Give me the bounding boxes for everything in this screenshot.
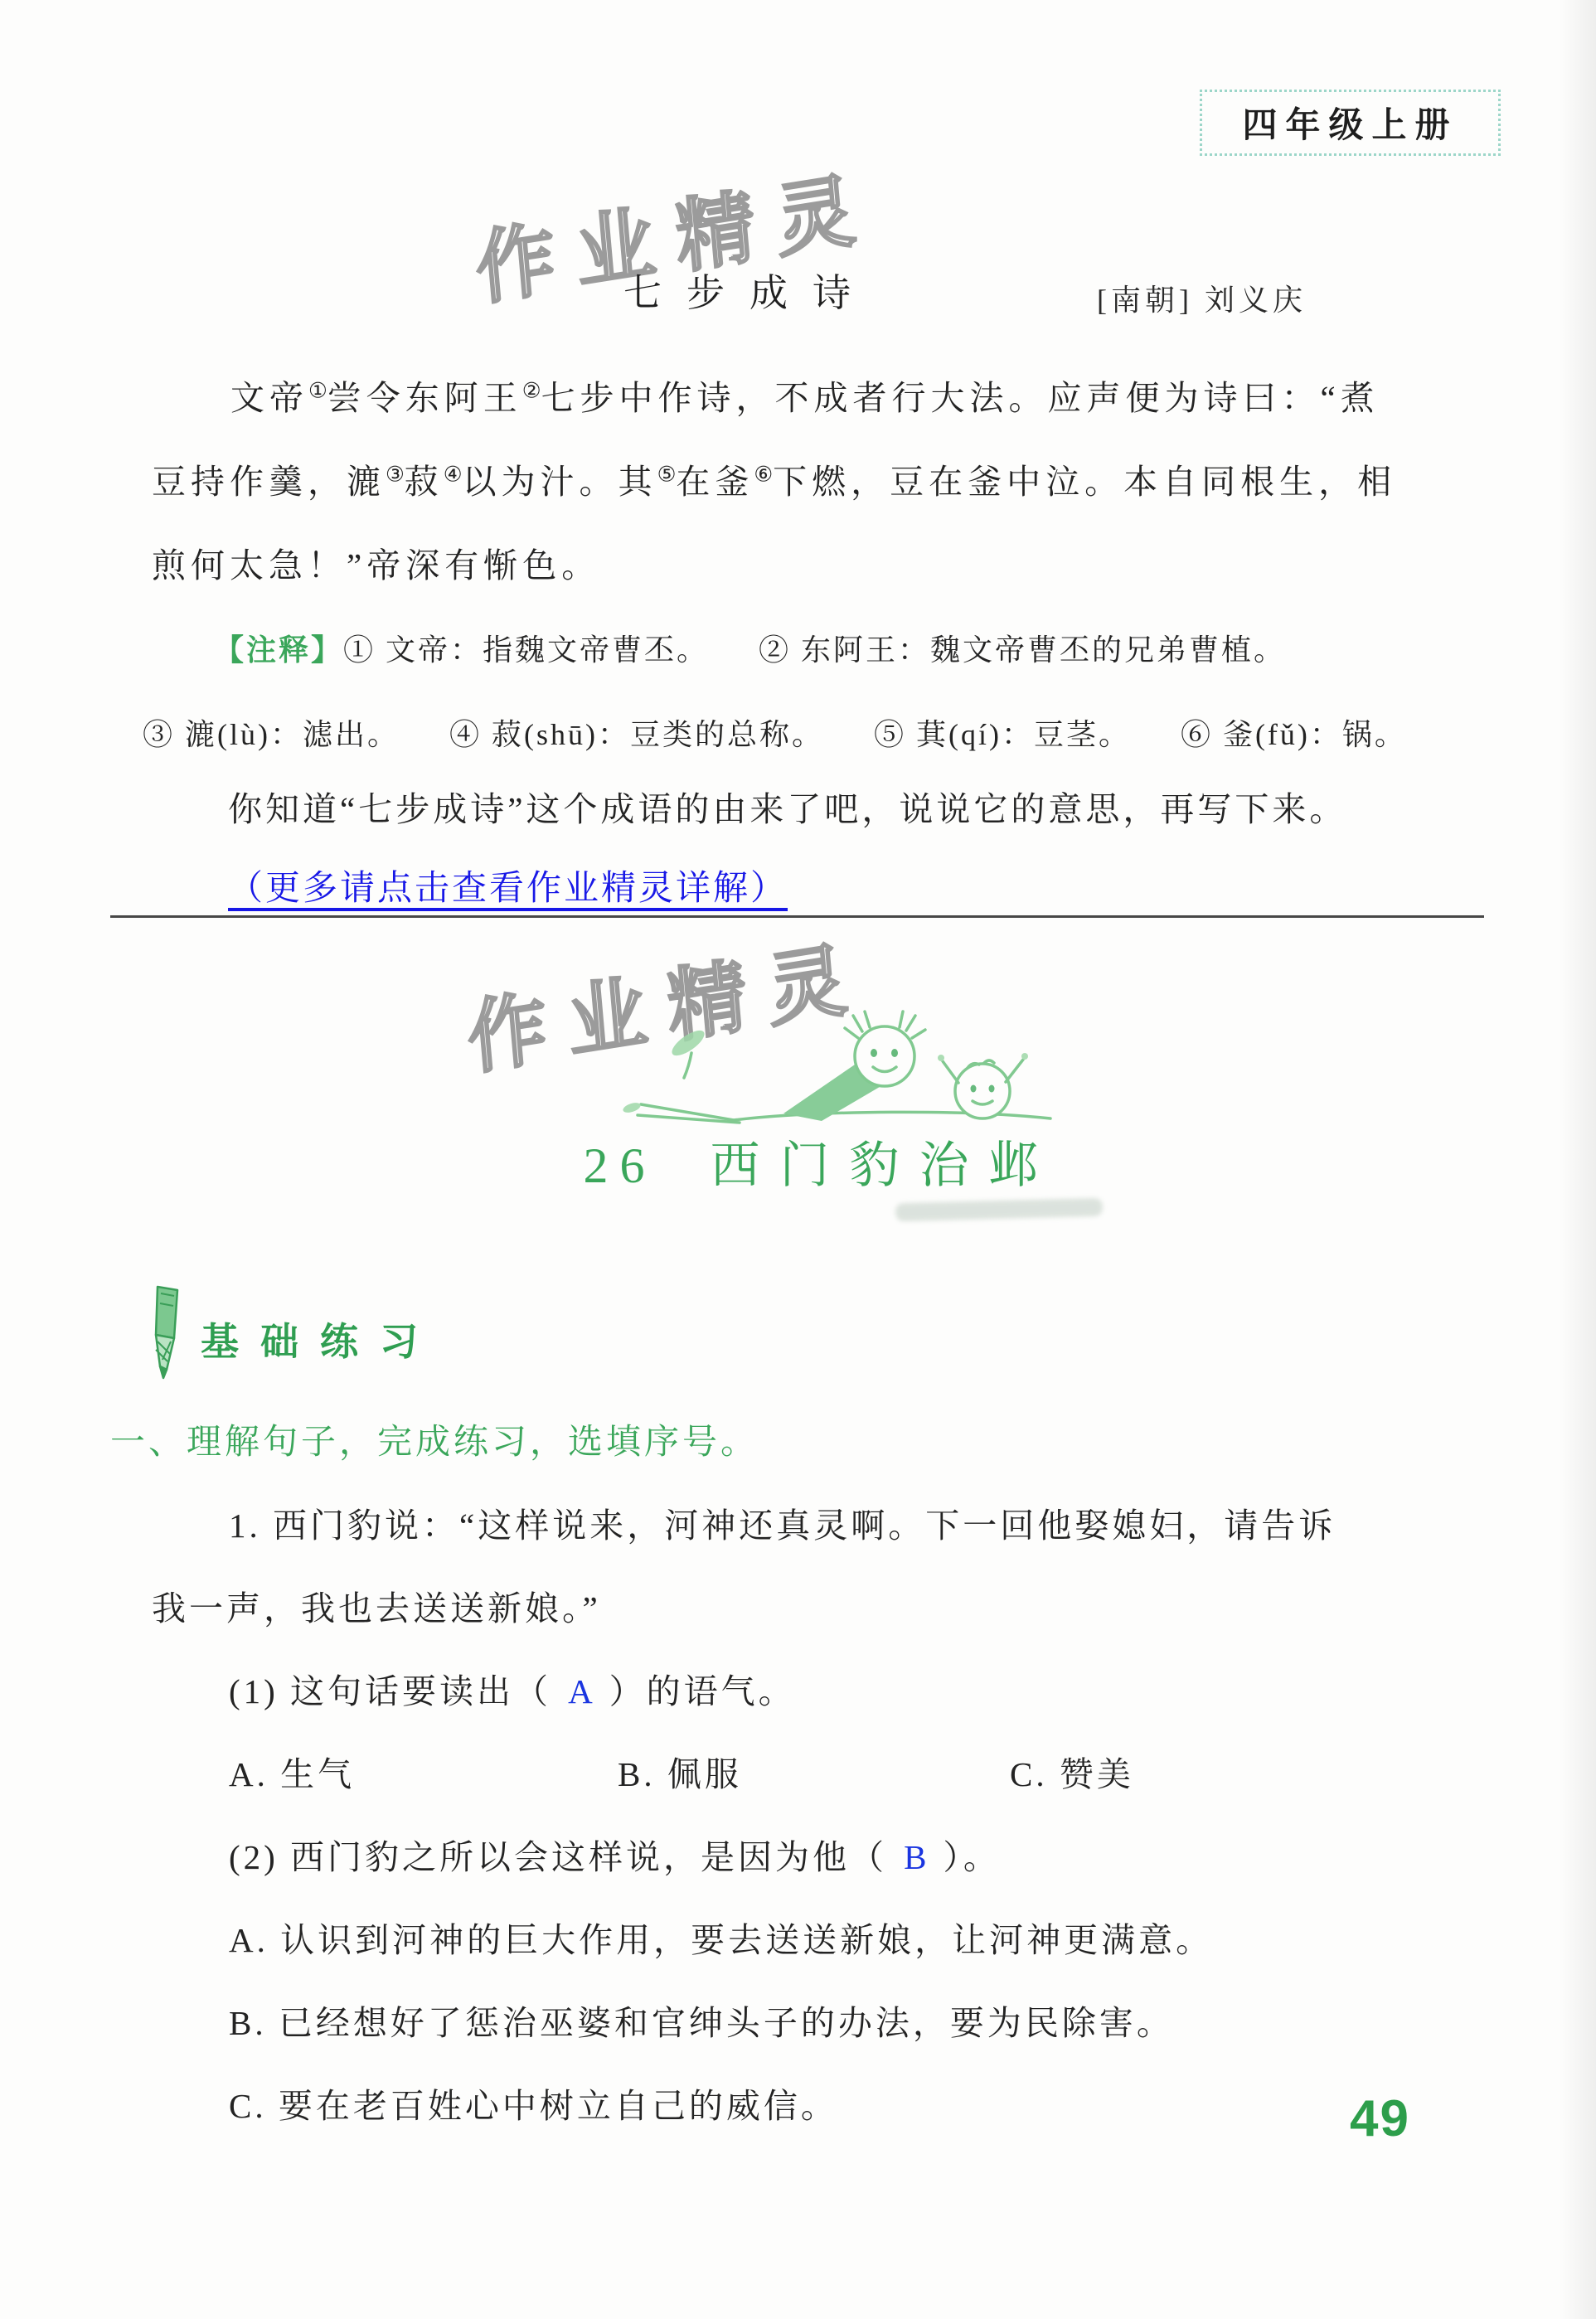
chapter-number: 26 <box>584 1138 657 1193</box>
annotation-line: ③ 漉(lù)：滤出。 ④ 菽(shū)：豆类的总称。 ⑤ 萁(qí)：豆茎。 … <box>143 692 1494 777</box>
section-divider-line <box>110 915 1484 918</box>
print-smudge <box>895 1198 1103 1222</box>
classical-text: 文帝①尝令东阿王②七步中作诗，不成者行大法。应声便为诗曰：“煮 豆持作羹，漉③菽… <box>152 357 1491 608</box>
grade-badge-label: 四年级上册 <box>1242 98 1458 148</box>
section-header: 基础练习 <box>146 1283 439 1381</box>
annotation-text: ① 文帝：指魏文帝曹丕。 ② 东阿王：魏文帝曹丕的兄弟曹植。 <box>343 633 1286 667</box>
sub2-option-c: C. 要在老百姓心中树立自己的威信。 <box>152 2064 1499 2147</box>
question1-line2: 我一声，我也去送送新娘。” <box>152 1567 1499 1650</box>
annotations: 【注释】① 文帝：指魏文帝曹丕。 ② 东阿王：魏文帝曹丕的兄弟曹植。 ③ 漉(l… <box>143 608 1494 777</box>
question1-sub2: (2) 西门豹之所以会这样说，是因为他（B）。 <box>152 1816 1499 1899</box>
chapter-name: 西门豹治邺 <box>711 1138 1059 1193</box>
question1-line1: 1. 西门豹说：“这样说来，河神还真灵啊。下一回他娶媳妇，请告诉 <box>152 1484 1499 1567</box>
pencil-icon <box>146 1283 189 1381</box>
option-item: B. 佩服 <box>618 1733 742 1816</box>
sub1-suffix: ）的语气。 <box>609 1672 796 1710</box>
sub1-options-row: A. 生气 B. 佩服 C. 赞美 <box>152 1733 1499 1816</box>
question1-sub1: (1) 这句话要读出（A）的语气。 <box>152 1650 1499 1733</box>
sub2-prefix: (2) 西门豹之所以会这样说，是因为他（ <box>229 1838 887 1876</box>
grade-badge: 四年级上册 <box>1200 90 1501 156</box>
page-number: 49 <box>1350 2089 1410 2148</box>
workbook-page: 四年级上册 作业精灵 七步成诗 [南朝] 刘义庆 文帝①尝令东阿王②七步中作诗，… <box>0 0 1596 2319</box>
lesson-author: [南朝] 刘义庆 <box>1097 277 1307 319</box>
chapter-title: 26 西门豹治邺 <box>0 1134 1596 1197</box>
sub1-answer-blank: A <box>551 1672 609 1710</box>
idiom-prompt: 你知道“七步成诗”这个成语的由来了吧，说说它的意思，再写下来。 <box>152 784 1495 835</box>
annotation-line: 【注释】① 文帝：指魏文帝曹丕。 ② 东阿王：魏文帝曹丕的兄弟曹植。 <box>143 608 1494 692</box>
section-title: 基础练习 <box>201 1312 439 1366</box>
option-item: C. 赞美 <box>1010 1733 1134 1816</box>
sub2-option-a: A. 认识到河神的巨大作用，要去送送新娘，让河神更满意。 <box>152 1899 1499 1982</box>
sub2-answer-blank: B <box>887 1838 943 1876</box>
annotation-label: 【注释】 <box>214 633 343 667</box>
detail-answer-link[interactable]: （更多请点击查看作业精灵详解） <box>152 862 1495 914</box>
option-item: A. 生气 <box>229 1733 355 1816</box>
sub2-option-b: B. 已经想好了惩治巫婆和官绅头子的办法，要为民除害。 <box>152 1982 1499 2064</box>
question-block: 1. 西门豹说：“这样说来，河神还真灵啊。下一回他娶媳妇，请告诉 我一声，我也去… <box>152 1484 1499 2147</box>
kids-illustration <box>609 1005 1082 1146</box>
classical-text-line: 豆持作羹，漉③菽④以为汁。其⑤在釜⑥下燃，豆在釜中泣。本自同根生，相 <box>152 440 1491 524</box>
exercise-instruction: 一、理解句子，完成练习，选填序号。 <box>110 1415 759 1470</box>
classical-text-line: 煎何太急！”帝深有惭色。 <box>152 524 1491 608</box>
sub1-prefix: (1) 这句话要读出（ <box>229 1672 551 1710</box>
sub2-suffix: ）。 <box>943 1838 1001 1876</box>
classical-text-line: 文帝①尝令东阿王②七步中作诗，不成者行大法。应声便为诗曰：“煮 <box>152 357 1491 440</box>
lesson-title: 七步成诗 <box>623 270 876 317</box>
